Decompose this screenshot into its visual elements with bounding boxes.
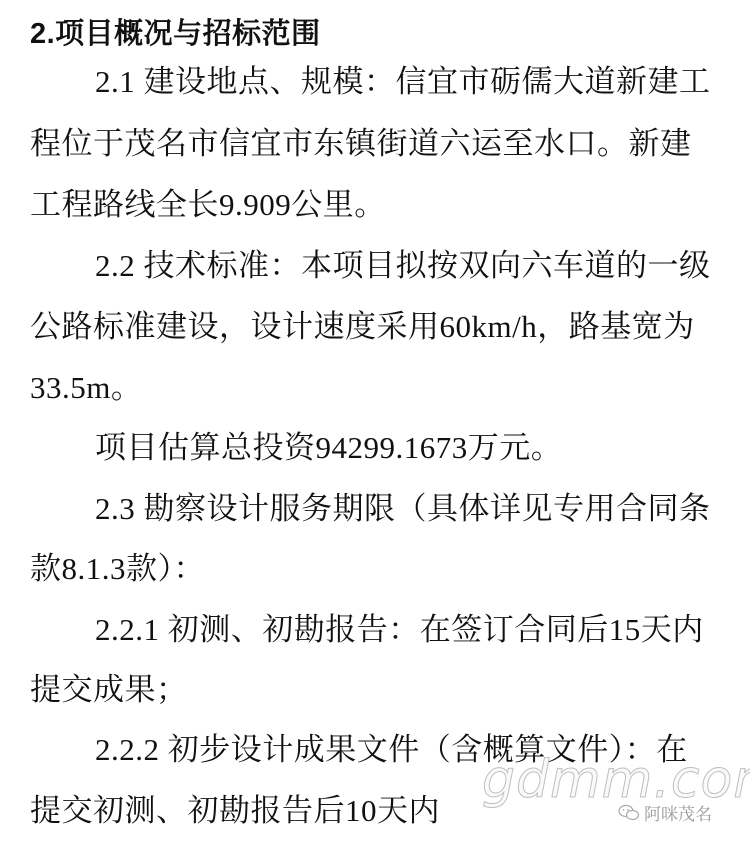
paragraph-line: 公路标准建设，设计速度采用60km/h，路基宽为 xyxy=(30,307,695,347)
paragraph-line: 2.3 勘察设计服务期限（具体详见专用合同条 xyxy=(95,489,711,529)
document-page: 2.项目概况与招标范围 2.1 建设地点、规模：信宜市砺儒大道新建工 程位于茂名… xyxy=(0,0,750,841)
paragraph-line: 2.2 技术标准：本项目拟按双向六车道的一级 xyxy=(95,246,711,286)
paragraph-line: 程位于茂名市信宜市东镇街道六运至水口。新建 xyxy=(30,124,692,164)
account-name: 阿咪茂名 xyxy=(644,800,712,825)
section-heading: 2.项目概况与招标范围 xyxy=(30,14,321,54)
paragraph-line: 2.2.1 初测、初勘报告：在签订合同后15天内 xyxy=(95,610,704,650)
paragraph-line: 提交初测、初勘报告后10天内 xyxy=(30,791,440,831)
paragraph-line: 33.5m。 xyxy=(30,368,142,408)
paragraph-line: 2.1 建设地点、规模：信宜市砺儒大道新建工 xyxy=(95,62,711,102)
paragraph-line: 工程路线全长9.909公里。 xyxy=(30,185,386,225)
wechat-icon xyxy=(618,804,640,822)
paragraph-line: 项目估算总投资94299.1673万元。 xyxy=(95,428,562,468)
paragraph-line: 提交成果； xyxy=(30,670,188,710)
account-watermark: 阿咪茂名 xyxy=(618,800,712,825)
paragraph-line: 款8.1.3款）： xyxy=(30,549,205,589)
